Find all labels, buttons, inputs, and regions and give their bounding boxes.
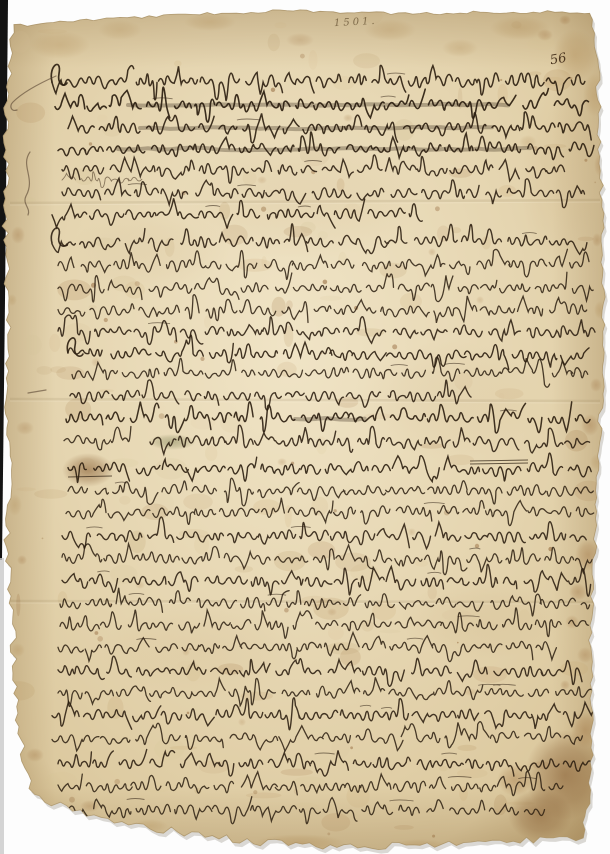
foxing-dot — [435, 206, 440, 211]
paper-mottle — [457, 745, 476, 751]
paper-mottle — [335, 553, 371, 572]
stain-blob — [184, 13, 236, 31]
cancellation-smear — [295, 418, 365, 420]
paper-mottle — [529, 71, 541, 75]
paper-mottle — [11, 31, 30, 53]
stain-blob — [581, 414, 599, 436]
foxing-dot — [432, 835, 435, 838]
stain-blob — [343, 114, 353, 122]
foxing-dot — [500, 79, 502, 81]
manuscript-letter-scan: 1501. 56 — [0, 0, 610, 854]
paper-mottle — [320, 296, 342, 301]
stain-blob — [16, 421, 34, 435]
paper-mottle — [16, 594, 20, 617]
foxing-dot — [323, 280, 328, 285]
stain-blob — [560, 680, 570, 690]
stain-blob — [592, 233, 602, 247]
paper-mottle — [170, 746, 197, 750]
paper-mottle — [281, 769, 313, 776]
stain-blob — [537, 29, 553, 41]
foxing-dot — [334, 509, 337, 512]
paper-mottle — [316, 436, 327, 454]
foxing-dot — [104, 318, 108, 322]
paper-mottle — [394, 825, 414, 830]
date-annotation: 1501. — [334, 16, 378, 29]
paper-mottle — [34, 489, 67, 499]
paper-mottle — [97, 115, 108, 123]
paper-mottle — [24, 335, 41, 355]
cancellation-smear — [140, 127, 492, 129]
scanner-light-strip — [0, 558, 4, 854]
cancellation-smear — [128, 104, 508, 106]
paper-mottle — [321, 813, 350, 831]
stain-blob — [26, 748, 44, 762]
paper-mottle — [268, 34, 280, 51]
stain-blob — [30, 31, 90, 59]
paper-mottle — [174, 61, 181, 67]
paper-mottle — [379, 630, 400, 634]
foxing-dot — [253, 790, 257, 794]
stain-blob — [559, 15, 571, 25]
paper-mottle — [400, 293, 422, 310]
foxing-dot — [200, 357, 204, 361]
paper-mottle — [439, 766, 448, 771]
stain-blob — [408, 528, 416, 536]
foxing-dot — [350, 746, 353, 749]
paper-mottle — [49, 334, 60, 352]
paper-mottle — [16, 487, 35, 491]
stain-blob — [98, 20, 142, 40]
foxing-dot — [69, 797, 75, 803]
paper-mottle — [309, 50, 318, 70]
paper-mottle — [353, 53, 380, 68]
foxing-dot — [327, 833, 330, 836]
stain-blob — [327, 608, 337, 616]
foxing-dot — [392, 344, 397, 349]
cancellation-smear — [118, 148, 530, 150]
foxing-dot — [42, 538, 44, 540]
stain-blob — [11, 226, 25, 244]
paper-mottle — [16, 103, 45, 123]
foxing-dot — [284, 608, 289, 613]
stain-blob — [590, 378, 602, 392]
stain-blob — [11, 643, 25, 657]
paper-mottle — [589, 266, 595, 283]
foxing-dot — [300, 54, 305, 59]
stain-blob — [70, 210, 230, 290]
paper-mottle — [309, 818, 317, 833]
foxing-dot — [187, 712, 190, 715]
foxing-dot — [95, 631, 99, 635]
foxing-dot — [114, 779, 120, 785]
foxing-dot — [89, 142, 92, 145]
paper-mottle — [119, 496, 130, 505]
foxing-dot — [475, 544, 479, 548]
paper-mottle — [183, 494, 213, 511]
stain-blob — [17, 555, 27, 565]
stain-blob — [577, 647, 593, 663]
stain-blob — [286, 33, 314, 47]
paper-mottle — [328, 626, 344, 640]
stain-blob — [277, 458, 287, 466]
paper-mottle — [333, 76, 355, 90]
stain-blob — [238, 718, 246, 726]
paper-mottle — [275, 22, 287, 28]
paper-mottle — [274, 551, 306, 571]
paper-mottle — [308, 541, 336, 559]
paper-mottle — [46, 772, 77, 789]
scan-canvas — [0, 0, 610, 854]
paper-mottle — [37, 366, 53, 375]
foxing-dot — [159, 413, 165, 419]
foxing-dot — [271, 88, 275, 92]
stain-blob — [476, 296, 484, 304]
paper-mottle — [50, 366, 66, 373]
paper-mottle — [560, 661, 588, 676]
paper-mottle — [129, 531, 146, 554]
stain-blob — [428, 248, 436, 256]
paper-mottle — [237, 259, 272, 272]
stain-blob — [442, 39, 478, 57]
paper-mottle — [205, 446, 217, 462]
folio-number: 56 — [549, 51, 568, 69]
